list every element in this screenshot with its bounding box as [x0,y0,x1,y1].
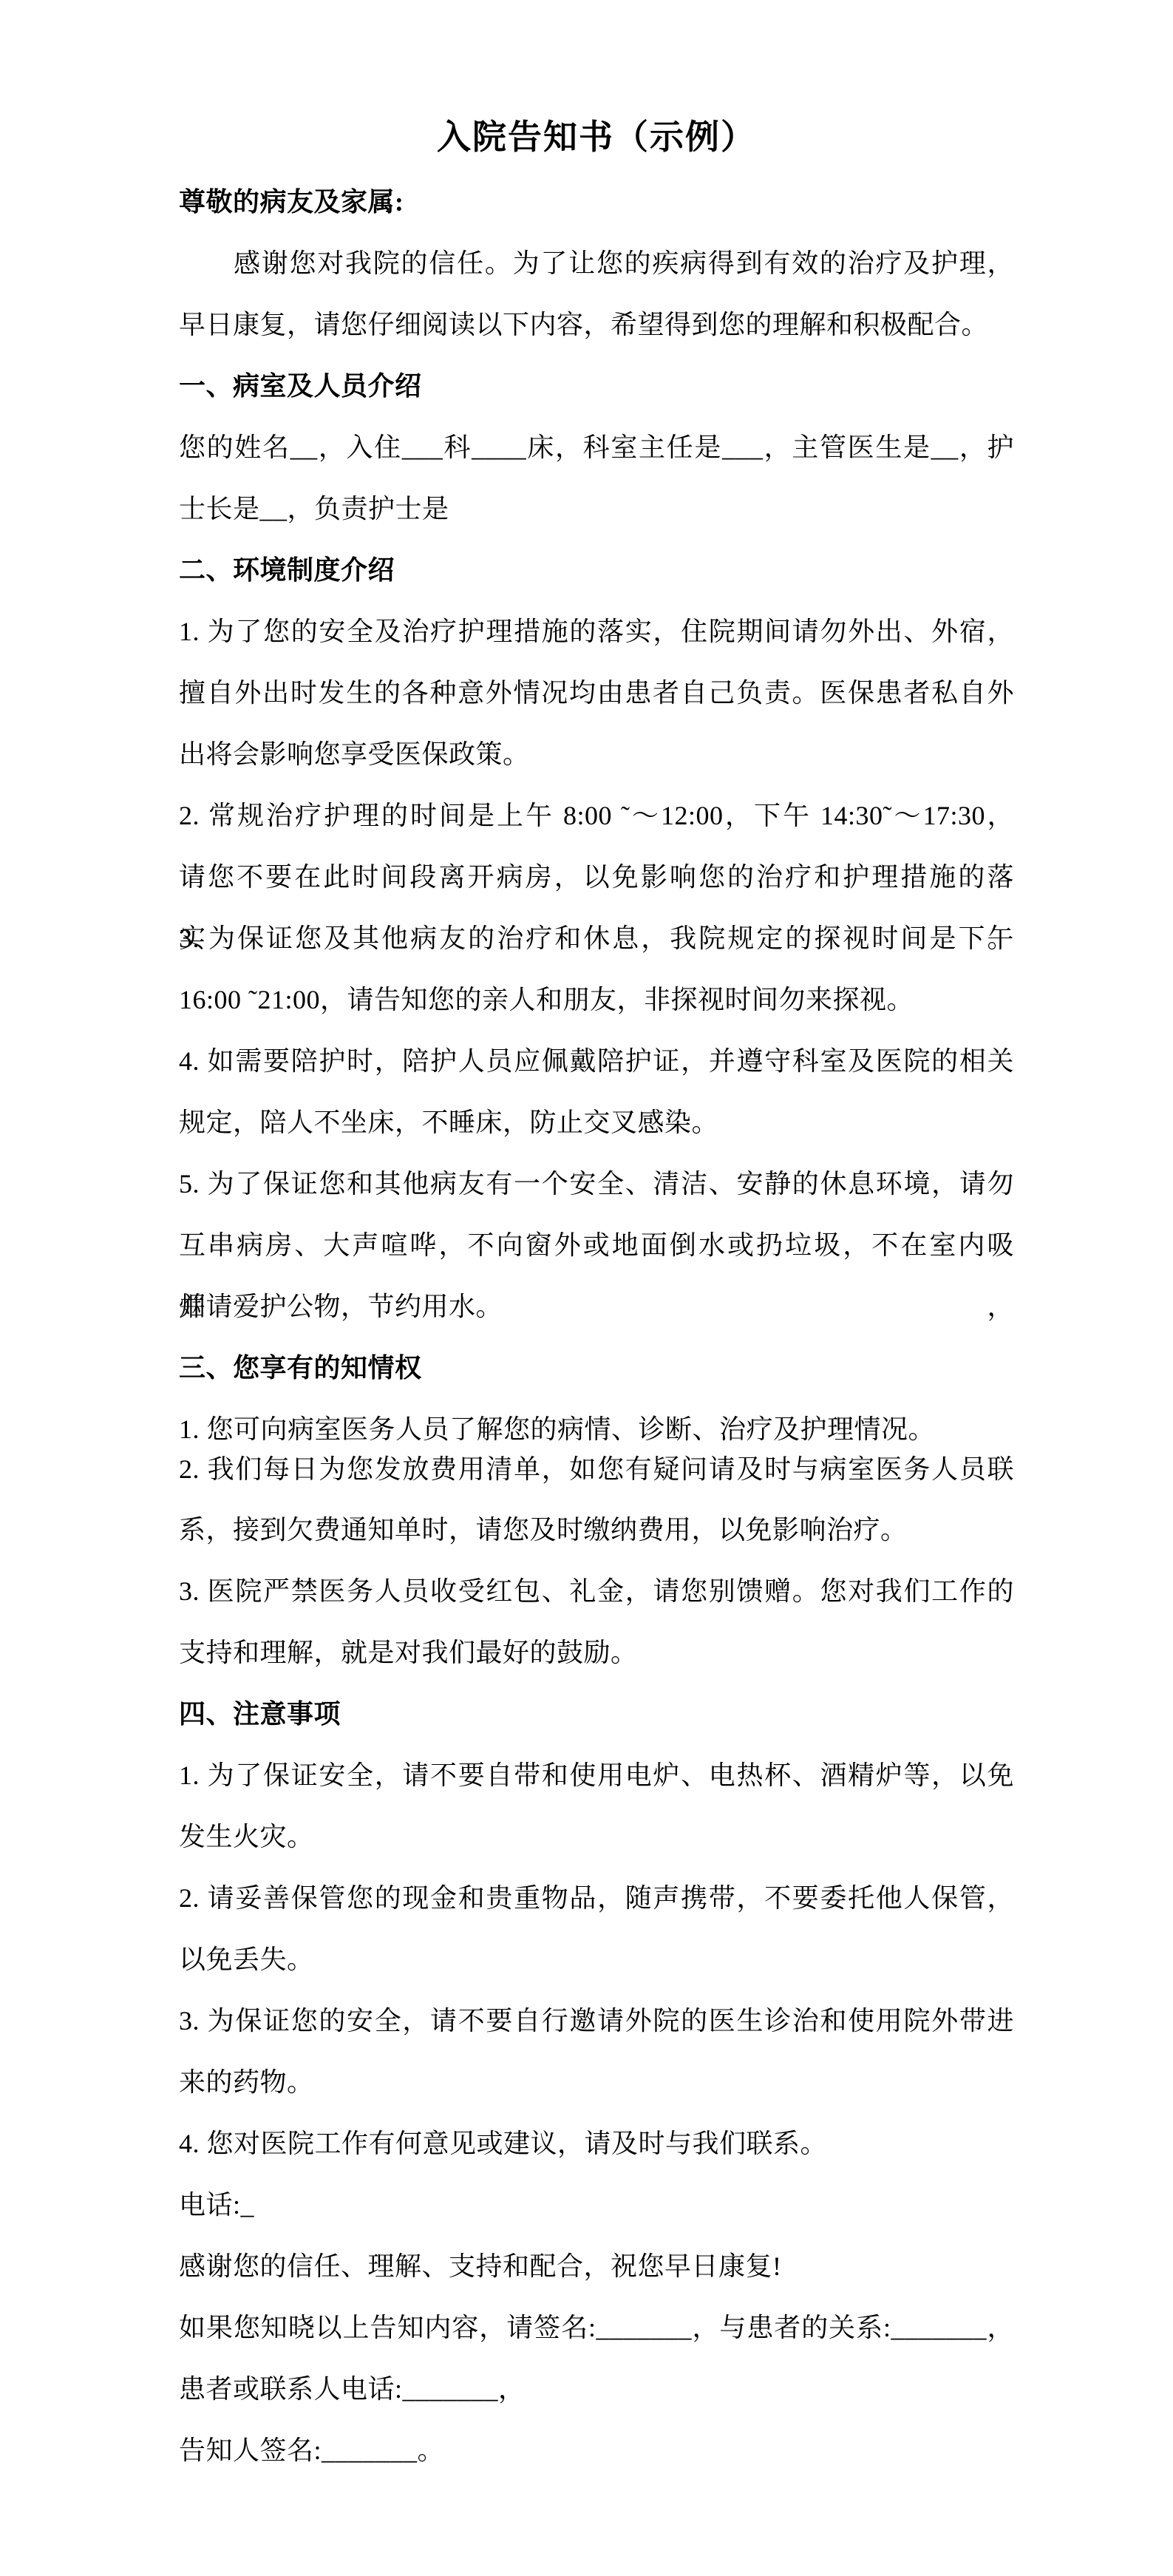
section-4-line: 2. 请妥善保管您的现金和贵重物品，随声携带，不要委托他人保管， [179,1868,1014,1929]
section-2-line: 3. 为保证您及其他病友的治疗和休息，我院规定的探视时间是下午 [179,908,1014,969]
section-4-line: 发生火灾。 [179,1806,1014,1868]
section-4-line: 1. 为了保证安全，请不要自带和使用电炉、电热杯、酒精炉等，以免 [179,1745,1014,1806]
section-4-line: 4. 您对医院工作有何意见或建议，请及时与我们联系。 [179,2113,1014,2175]
section-1-line: 您的姓名__，入住___科____床，科室主任是___，主管医生是__，护 [179,417,1014,478]
intro-line-2: 早日康复，请您仔细阅读以下内容，希望得到您的理解和积极配合。 [179,294,1014,356]
section-4-line: 以免丢失。 [179,1929,1014,1990]
footer-notifier-signature-line: 告知人签名:_______。 [179,2420,1014,2481]
section-2-line: 2. 常规治疗护理的时间是上午 8:00 ˜～12:00，下午 14:30˜～1… [179,785,1014,847]
section-2-line: 出将会影响您享受医保政策。 [179,724,1014,785]
section-3-line: 3. 医院严禁医务人员收受红包、礼金，请您别馈赠。您对我们工作的 [179,1561,1014,1622]
section-3-tight-block: 1. 您可向病室医务人员了解您的病情、诊断、治疗及护理情况。 2. 我们每日为您… [179,1409,1014,1489]
footer-thanks-line: 感谢您的信任、理解、支持和配合，祝您早日康复! [179,2236,1014,2297]
section-3-line: 2. 我们每日为您发放费用清单，如您有疑问请及时与病室医务人员联 [179,1449,1014,1489]
section-2-line: 16:00 ˜21:00，请告知您的亲人和朋友，非探视时间勿来探视。 [179,969,1014,1031]
section-2-line: 互串病房、大声喧哗，不向窗外或地面倒水或扔垃圾，不在室内吸烟， [179,1215,1014,1276]
section-2-line: 4. 如需要陪护时，陪护人员应佩戴陪护证，并遵守科室及医院的相关 [179,1031,1014,1092]
section-2-line: 规定，陪人不坐床，不睡床，防止交叉感染。 [179,1092,1014,1153]
section-3-heading: 三、您享有的知情权 [179,1338,1014,1399]
section-2-heading: 二、环境制度介绍 [179,540,1014,601]
section-4-line: 来的药物。 [179,2052,1014,2113]
document-title: 入院告知书（示例） [179,104,1014,172]
footer-phone-line: 电话:_ [179,2175,1014,2236]
section-1-heading: 一、病室及人员介绍 [179,356,1014,417]
document-page: 入院告知书（示例） 尊敬的病友及家属: 感谢您对我院的信任。为了让您的疾病得到有… [0,0,1173,2576]
section-3-line: 系，接到欠费通知单时，请您及时缴纳费用，以免影响治疗。 [179,1499,1014,1561]
footer-contact-phone-line: 患者或联系人电话:_______， [179,2359,1014,2420]
salutation: 尊敬的病友及家属: [179,172,1014,233]
section-3-line: 1. 您可向病室医务人员了解您的病情、诊断、治疗及护理情况。 [179,1409,1014,1449]
intro-line-1: 感谢您对我院的信任。为了让您的疾病得到有效的治疗及护理， [179,233,1014,294]
section-3-line: 支持和理解，就是对我们最好的鼓励。 [179,1622,1014,1684]
section-2-line: 请您不要在此时间段离开病房，以免影响您的治疗和护理措施的落实。 [179,847,1014,908]
section-4-line: 3. 为保证您的安全，请不要自行邀请外院的医生诊治和使用院外带进 [179,1990,1014,2052]
section-2-line: 1. 为了您的安全及治疗护理措施的落实，住院期间请勿外出、外宿， [179,601,1014,662]
section-1-line: 士长是__，负责护士是 [179,478,1014,540]
section-2-line: 擅自外出时发生的各种意外情况均由患者自己负责。医保患者私自外 [179,662,1014,724]
footer-signature-line: 如果您知晓以上告知内容，请签名:_______，与患者的关系:_______， [179,2297,1014,2359]
section-2-line: 5. 为了保证您和其他病友有一个安全、清洁、安静的休息环境，请勿 [179,1153,1014,1215]
section-4-heading: 四、注意事项 [179,1684,1014,1745]
